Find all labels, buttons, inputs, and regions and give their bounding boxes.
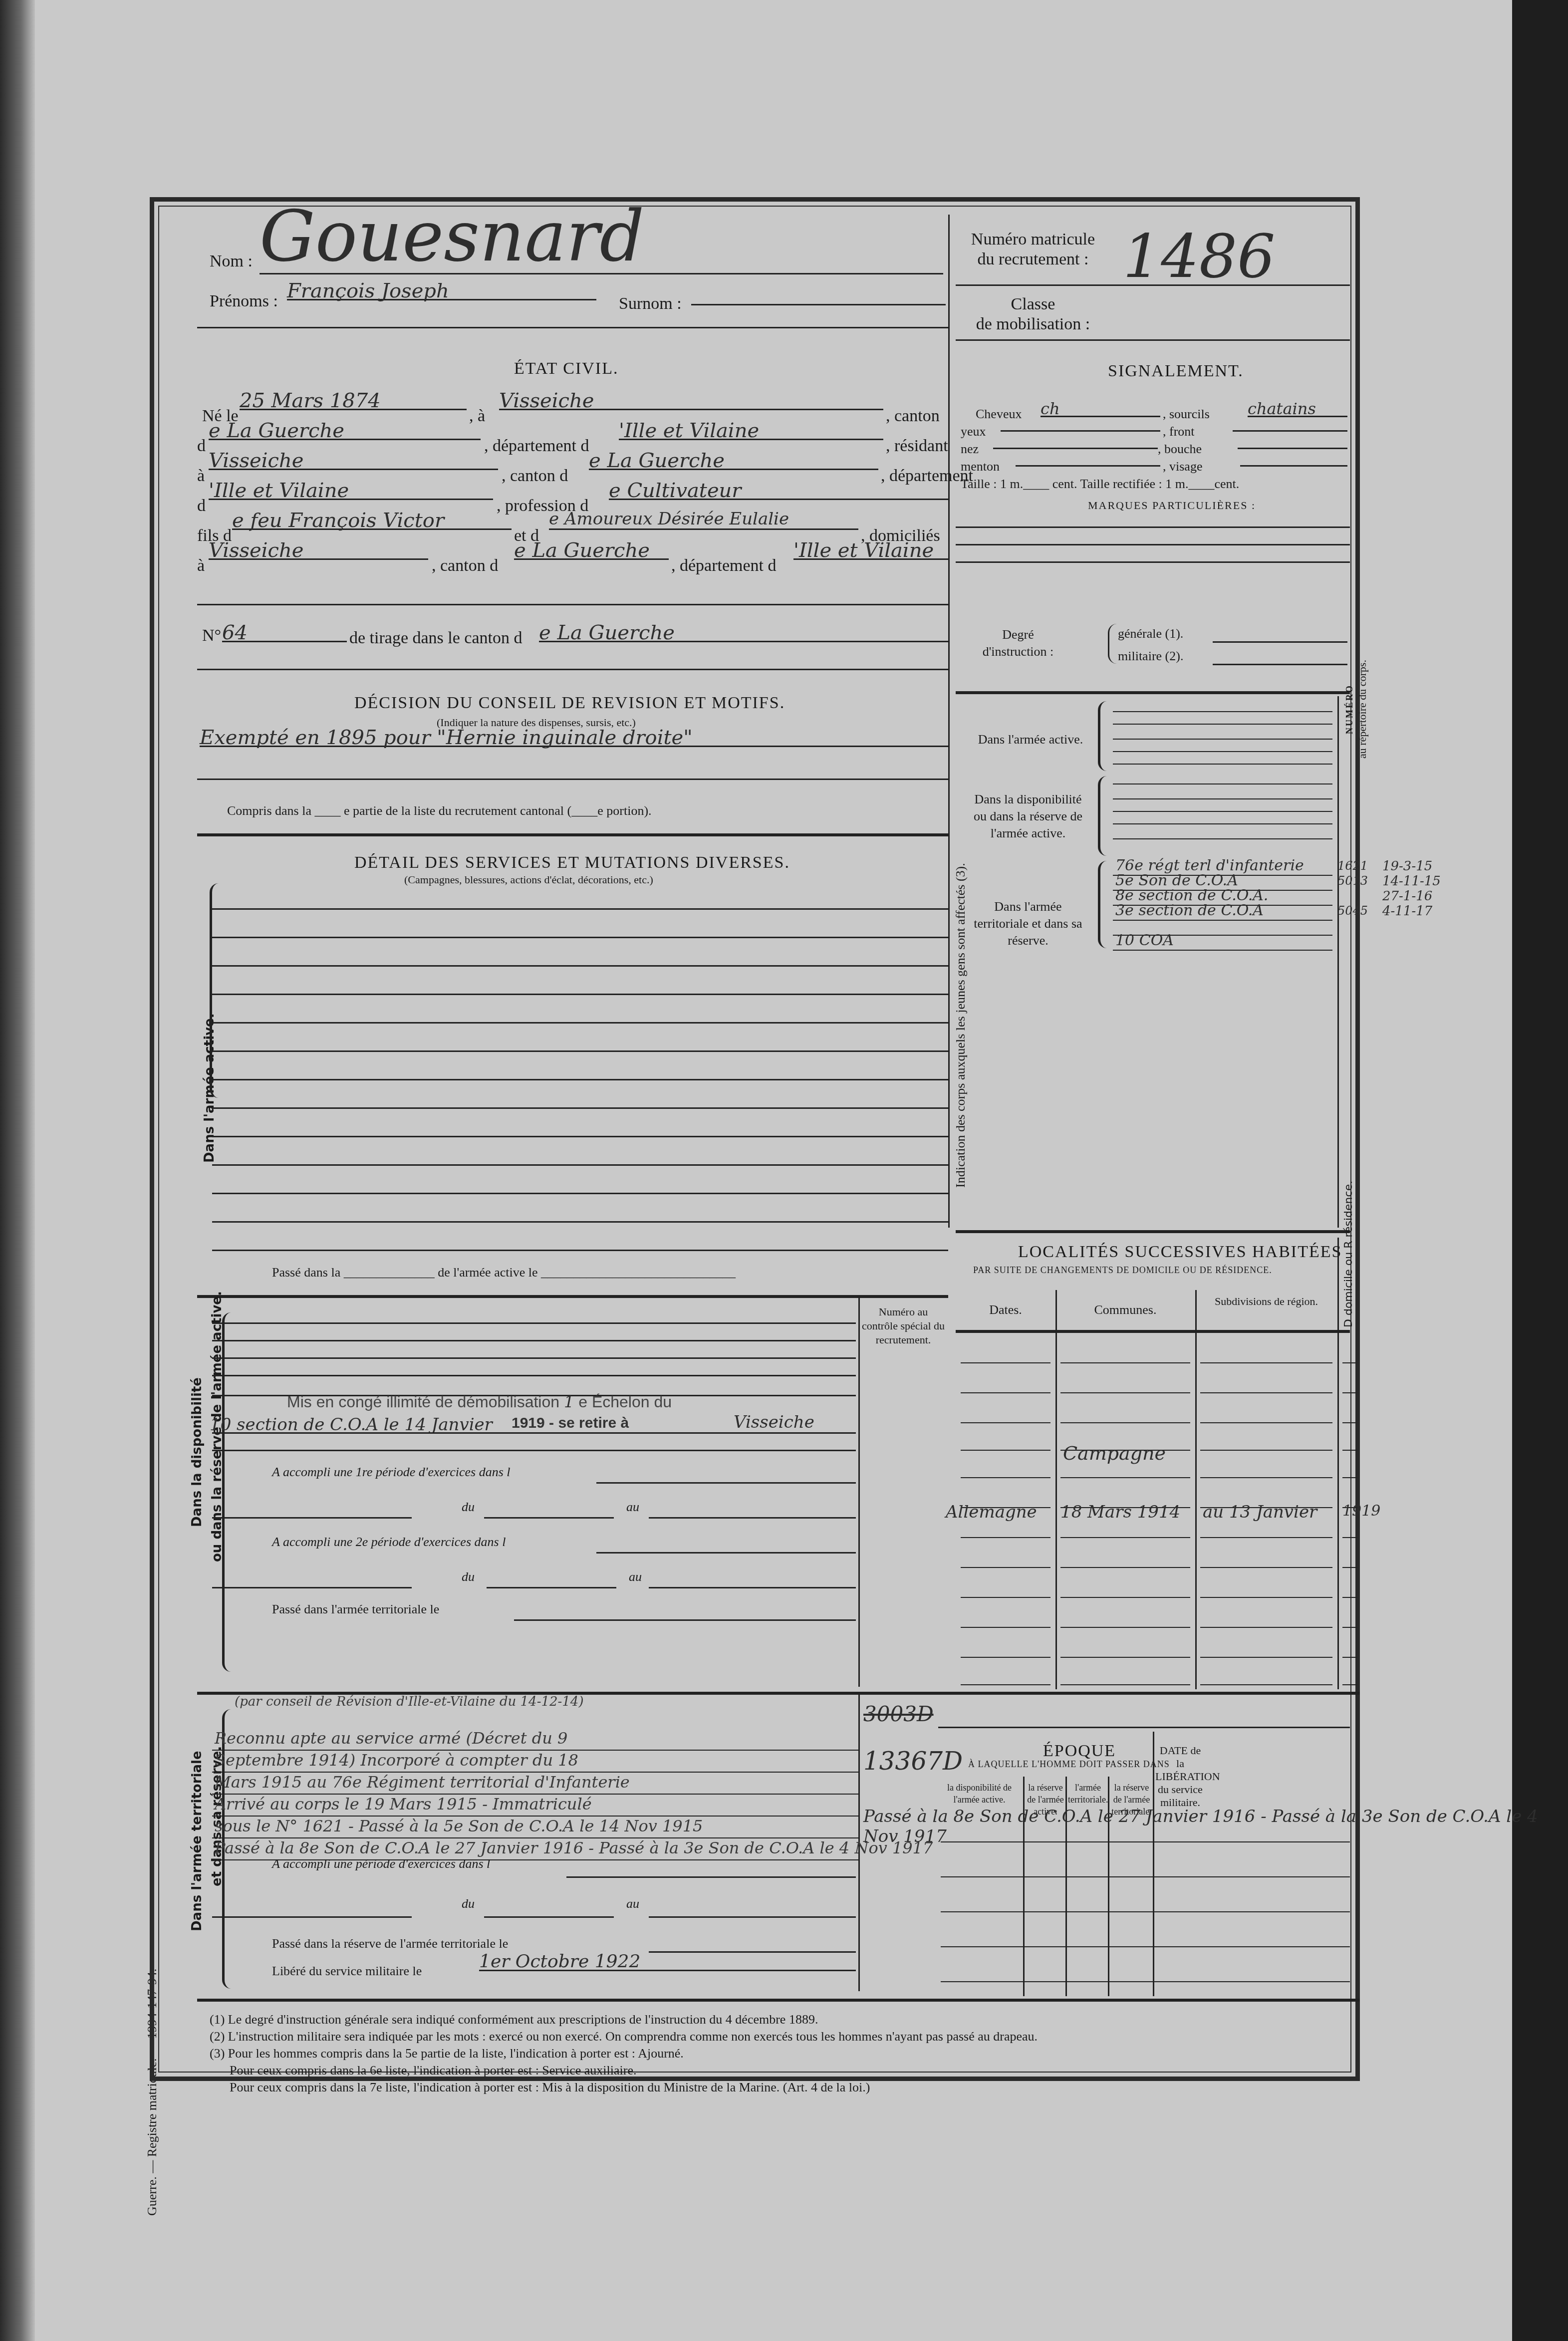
ruled-line bbox=[212, 937, 948, 938]
periode1-au: au bbox=[626, 1500, 639, 1515]
ruled-line bbox=[941, 1946, 1350, 1947]
ruled-line bbox=[212, 1193, 948, 1194]
territoriale-note-line: (par conseil de Révision d'Ille-et-Vilai… bbox=[235, 1694, 584, 1709]
ruled-line bbox=[1113, 711, 1332, 712]
sourcils-label: , sourcils bbox=[1163, 407, 1210, 422]
ruled-line bbox=[1060, 1627, 1190, 1628]
tirage-no-label: N° bbox=[202, 626, 221, 645]
ruled-line bbox=[1200, 1422, 1332, 1423]
date-liberation-header: DATE de la LIBÉRATION du service militai… bbox=[1155, 1744, 1205, 1809]
terr-periode-label: A accompli une période d'exercices dans … bbox=[272, 1856, 490, 1871]
front-label: , front bbox=[1163, 424, 1195, 439]
passe-armee-active-line: Passé dans la ______________ de l'armée … bbox=[272, 1265, 736, 1280]
residant-a-label: à bbox=[197, 467, 205, 486]
departement-value: 'Ille et Vilaine bbox=[619, 419, 883, 440]
matricule-value: 1486 bbox=[1123, 222, 1275, 291]
ruled-line bbox=[941, 1876, 1350, 1877]
ruled-line bbox=[1060, 1422, 1190, 1423]
epoque-title: ÉPOQUE bbox=[1043, 1742, 1116, 1761]
residence-departement-value: 'Ille et Vilaine bbox=[209, 479, 493, 500]
terr-au: au bbox=[626, 1896, 639, 1911]
cheveux-label: Cheveux bbox=[976, 407, 1022, 422]
ruled-line bbox=[212, 1022, 948, 1024]
conge-section-value: 10 section de C.O.A le 14 Janvier bbox=[210, 1415, 493, 1435]
periode1-du: du bbox=[462, 1500, 475, 1515]
affectation-disponibilite-label: Dans la disponibilité ou dans la réserve… bbox=[971, 791, 1085, 842]
ruled-line bbox=[1200, 1392, 1332, 1393]
ruled-line bbox=[961, 1477, 1050, 1478]
ruled-line bbox=[961, 1362, 1050, 1363]
main-column-divider bbox=[948, 215, 950, 1228]
departement3-label: , département d bbox=[671, 556, 777, 575]
dep2-d-label: d bbox=[197, 497, 206, 516]
canton2-label: , canton d bbox=[502, 467, 568, 486]
pere-value: e feu François Victor bbox=[232, 509, 512, 530]
campagne-year: 1919 bbox=[1342, 1502, 1380, 1520]
ruled-line bbox=[1060, 1477, 1190, 1478]
affectation-numero: 5013 bbox=[1337, 874, 1368, 888]
affectation-date: 27-1-16 bbox=[1382, 889, 1432, 904]
ruled-line bbox=[1060, 1537, 1190, 1538]
affectation-corps: 3e section de C.O.A bbox=[1115, 902, 1264, 919]
services-subtitle: (Campagnes, blessures, actions d'éclat, … bbox=[404, 873, 653, 886]
localites-col-dr: D domicile ou R résidence. bbox=[1342, 1181, 1355, 1327]
canton3-label: , canton d bbox=[432, 556, 498, 575]
bouche-label: , bouche bbox=[1158, 442, 1202, 457]
ruled-line bbox=[1060, 1657, 1190, 1658]
affectation-date: 14-11-15 bbox=[1382, 874, 1441, 889]
ruled-line bbox=[1200, 1597, 1332, 1598]
affectation-active-label: Dans l'armée active. bbox=[976, 731, 1085, 748]
nom-value: Gouesnard bbox=[260, 200, 943, 274]
periode2-au: au bbox=[629, 1569, 642, 1584]
footnote: (2) L'instruction militaire sera indiqué… bbox=[210, 2028, 1347, 2045]
affectation-row: 3e section de C.O.A50454-11-17 bbox=[1110, 906, 1490, 921]
ruled-line bbox=[1113, 783, 1332, 784]
footnote: (3) Pour les hommes compris dans la 5e p… bbox=[210, 2045, 1347, 2062]
ruled-line bbox=[212, 1107, 948, 1109]
tirage-label: de tirage dans le canton d bbox=[349, 629, 522, 648]
birthplace-value: Visseiche bbox=[499, 389, 883, 410]
instruction-militaire-label: militaire (2). bbox=[1118, 649, 1183, 664]
affectation-row: 10 COA bbox=[1110, 936, 1490, 951]
nom-label: Nom : bbox=[210, 252, 253, 271]
territoriale-note-line: Septembre 1914) Incorporé à compter du 1… bbox=[215, 1751, 578, 1770]
services-title: DÉTAIL DES SERVICES ET MUTATIONS DIVERSE… bbox=[354, 853, 790, 872]
terr-du: du bbox=[462, 1896, 475, 1911]
footnote: Pour ceux compris dans la 6e liste, l'in… bbox=[210, 2062, 1347, 2079]
conge-stamp: Mis en congé illimité de démobilisation … bbox=[287, 1392, 672, 1411]
ruled-line bbox=[1060, 1392, 1190, 1393]
footnotes: (1) Le degré d'instruction générale sera… bbox=[210, 2011, 1347, 2096]
affectation-numero: 5045 bbox=[1337, 904, 1368, 918]
affectation-side-label: Indication des corps auxquels les jeunes… bbox=[953, 863, 968, 1188]
decision-value: Exempté en 1895 pour "Hernie inguinale d… bbox=[200, 726, 948, 747]
ruled-line bbox=[961, 1392, 1050, 1393]
ruled-line bbox=[1342, 1450, 1357, 1451]
ruled-line bbox=[1200, 1627, 1332, 1628]
departement-label: , département d bbox=[484, 437, 589, 456]
campagne-to: au 13 Janvier bbox=[1203, 1502, 1317, 1522]
ruled-line bbox=[1200, 1657, 1332, 1658]
menton-label: menton bbox=[961, 459, 1000, 474]
disponibilite-side-label-1: Dans la disponibilité bbox=[190, 1377, 205, 1527]
ruled-line bbox=[961, 1450, 1050, 1451]
ruled-line bbox=[1200, 1477, 1332, 1478]
ruled-line bbox=[1113, 811, 1332, 812]
ruled-line bbox=[961, 1657, 1050, 1658]
classe-label: Classede mobilisation : bbox=[963, 294, 1103, 334]
tirage-canton-value: e La Guerche bbox=[539, 621, 948, 642]
periode2-label: A accompli une 2e période d'exercices da… bbox=[272, 1535, 506, 1550]
instruction-generale-label: générale (1). bbox=[1118, 626, 1183, 641]
etat-civil-title: ÉTAT CIVIL. bbox=[514, 359, 618, 378]
visage-label: , visage bbox=[1163, 459, 1202, 474]
passe-territoriale-label: Passé dans l'armée territoriale le bbox=[272, 1602, 439, 1617]
ruled-line bbox=[1342, 1537, 1357, 1538]
page-edge-shadow bbox=[1512, 0, 1568, 2341]
ruled-line bbox=[961, 1537, 1050, 1538]
affectation-territoriale-label: Dans l'armée territoriale et dans sa rés… bbox=[971, 898, 1085, 949]
affectation-date: 4-11-17 bbox=[1382, 904, 1432, 919]
ruled-line bbox=[212, 994, 948, 995]
side-number-struck: 3003D bbox=[863, 1702, 934, 1726]
ruled-line bbox=[1342, 1392, 1357, 1393]
localites-col-subdivisions: Subdivisions de région. bbox=[1198, 1295, 1335, 1308]
localites-col-communes: Communes. bbox=[1058, 1302, 1193, 1317]
territoriale-note-line: Arrivé au corps le 19 Mars 1915 - Immatr… bbox=[215, 1795, 592, 1814]
ruled-line bbox=[961, 1422, 1050, 1423]
ruled-line bbox=[212, 1250, 948, 1251]
libere-label: Libéré du service militaire le bbox=[272, 1964, 422, 1979]
mere-value: e Amoureux Désirée Eulalie bbox=[549, 509, 858, 530]
numero-repertoire-label: NUMÉROau répertoire du corps. bbox=[1342, 660, 1369, 759]
taille-line: Taille : 1 m.____ cent. Taille rectifiée… bbox=[961, 477, 1239, 492]
ruled-line bbox=[1342, 1657, 1357, 1658]
ruled-line bbox=[1200, 1537, 1332, 1538]
ruled-line bbox=[1342, 1597, 1357, 1598]
ruled-line bbox=[212, 965, 948, 967]
ruled-line bbox=[212, 1050, 948, 1052]
ruled-line bbox=[212, 1079, 948, 1080]
ruled-line bbox=[1200, 1684, 1332, 1685]
ruled-line bbox=[1113, 798, 1332, 799]
tirage-no-value: 64 bbox=[222, 621, 347, 642]
ruled-line bbox=[1342, 1627, 1357, 1628]
ruled-line bbox=[1113, 764, 1332, 765]
residence-canton-value: e La Guerche bbox=[589, 449, 878, 470]
ruled-line bbox=[961, 1684, 1050, 1685]
footnote: Pour ceux compris dans la 7e liste, l'in… bbox=[210, 2079, 1347, 2096]
epoque-column-header: l'armée territoriale. bbox=[1068, 1782, 1108, 1806]
ruled-line bbox=[961, 1597, 1050, 1598]
periode2-du: du bbox=[462, 1569, 475, 1584]
footnote: (1) Le degré d'instruction générale sera… bbox=[210, 2011, 1347, 2028]
ruled-line bbox=[1113, 823, 1332, 824]
campagne-lieu: Allemagne bbox=[946, 1502, 1037, 1522]
ruled-line bbox=[1342, 1684, 1357, 1685]
conge-year: 1919 - se retire à bbox=[512, 1415, 629, 1432]
ruled-line bbox=[1060, 1597, 1190, 1598]
campagne-from: 18 Mars 1914 bbox=[1060, 1502, 1180, 1522]
territoriale-note-line: Reconnu apte au service armé (Décret du … bbox=[215, 1729, 567, 1748]
residence-value: Visseiche bbox=[209, 449, 498, 470]
ruled-line bbox=[212, 1221, 948, 1223]
epoque-column-header: la disponibilité de l'armée active. bbox=[938, 1782, 1021, 1806]
campagne-label: Campagne bbox=[1063, 1442, 1166, 1464]
domicile-departement-value: 'Ille et Vilaine bbox=[793, 539, 948, 560]
ruled-line bbox=[212, 908, 948, 910]
cheveux-value: ch bbox=[1041, 399, 1160, 417]
ruled-line bbox=[1060, 1362, 1190, 1363]
ruled-line bbox=[1113, 751, 1332, 752]
matricule-label: Numéro matriculedu recrutement : bbox=[963, 230, 1103, 269]
ruled-line bbox=[1342, 1477, 1357, 1478]
ruled-line bbox=[961, 1567, 1050, 1568]
ruled-line bbox=[1113, 838, 1332, 839]
ruled-line bbox=[1200, 1362, 1332, 1363]
periode1-label: A accompli une 1re période d'exercices d… bbox=[272, 1465, 511, 1480]
libere-value: 1er Octobre 1922 bbox=[479, 1951, 856, 1971]
prenoms-value: François Joseph bbox=[287, 279, 596, 300]
ruled-line bbox=[961, 1627, 1050, 1628]
passe-reserve-label: Passé dans la réserve de l'armée territo… bbox=[272, 1936, 508, 1951]
conge-place-value: Visseiche bbox=[734, 1412, 814, 1432]
ruled-line bbox=[1060, 1684, 1190, 1685]
de-label: d bbox=[197, 437, 206, 456]
epoque-overflow-note: Passé à la 8e Son de C.O.A le 27 Janvier… bbox=[863, 1807, 1568, 1846]
ruled-line bbox=[941, 1911, 1350, 1912]
localites-col-dates: Dates. bbox=[958, 1302, 1053, 1317]
affectation-numero: 1621 bbox=[1337, 859, 1368, 873]
surnom-value bbox=[691, 284, 946, 305]
domicile-canton-value: e La Guerche bbox=[514, 539, 669, 560]
domicile-value: Visseiche bbox=[209, 539, 428, 560]
ruled-line bbox=[1342, 1422, 1357, 1423]
side-number: 13367D bbox=[863, 1747, 963, 1776]
residant-label: , résidant bbox=[886, 437, 948, 456]
compris-line: Compris dans la ____ e partie de la list… bbox=[227, 803, 652, 818]
profession-value: e Cultivateur bbox=[609, 479, 948, 500]
epoque-subtitle: À LAQUELLE L'HOMME DOIT PASSER DANS bbox=[968, 1759, 1170, 1770]
prenoms-label: Prénoms : bbox=[210, 292, 278, 311]
numero-controle-label: Numéro au contrôle spécial du recrutemen… bbox=[861, 1305, 946, 1347]
surnom-label: Surnom : bbox=[619, 294, 682, 313]
canton-value: e La Guerche bbox=[209, 419, 481, 440]
territoriale-note-line: Mars 1915 au 76e Régiment territorial d'… bbox=[215, 1773, 630, 1792]
ruled-line bbox=[1342, 1567, 1357, 1568]
nez-label: nez bbox=[961, 442, 979, 457]
localites-title: LOCALITÉS SUCCESSIVES HABITÉES bbox=[1018, 1243, 1342, 1262]
affectation-date: 19-3-15 bbox=[1382, 859, 1432, 874]
domicile-a-label: à bbox=[197, 556, 205, 575]
ruled-line bbox=[212, 1164, 948, 1166]
ruled-line bbox=[212, 1136, 948, 1137]
ruled-line bbox=[1342, 1362, 1357, 1363]
affectation-corps: 10 COA bbox=[1115, 932, 1174, 949]
sourcils-value: chatains bbox=[1248, 399, 1347, 417]
ruled-line bbox=[941, 1981, 1350, 1982]
marques-title: MARQUES PARTICULIÈRES : bbox=[1088, 499, 1256, 512]
localites-subtitle: PAR SUITE DE CHANGEMENTS DE DOMICILE OU … bbox=[973, 1265, 1272, 1276]
territoriale-note-line: sous le N° 1621 - Passé à la 5e Son de C… bbox=[215, 1817, 703, 1835]
yeux-label: yeux bbox=[961, 424, 986, 439]
ruled-line bbox=[1060, 1567, 1190, 1568]
territoriale-side-label-1: Dans l'armée territoriale bbox=[190, 1751, 205, 1931]
canton-label: , canton bbox=[886, 407, 940, 426]
signalement-title: SIGNALEMENT. bbox=[1108, 362, 1244, 381]
decision-title: DÉCISION DU CONSEIL DE REVISION ET MOTIF… bbox=[354, 694, 785, 713]
book-binding bbox=[0, 0, 35, 2341]
ruled-line bbox=[1200, 1567, 1332, 1568]
territoriale-note-line: Passé à la 8e Son de C.O.A le 27 Janvier… bbox=[215, 1838, 933, 1857]
ruled-line bbox=[1200, 1450, 1332, 1451]
ruled-line bbox=[1113, 739, 1332, 740]
ne-le-value: 25 Mars 1874 bbox=[240, 389, 467, 410]
degre-label: Degréd'instruction : bbox=[973, 626, 1063, 660]
ruled-line bbox=[1113, 724, 1332, 725]
